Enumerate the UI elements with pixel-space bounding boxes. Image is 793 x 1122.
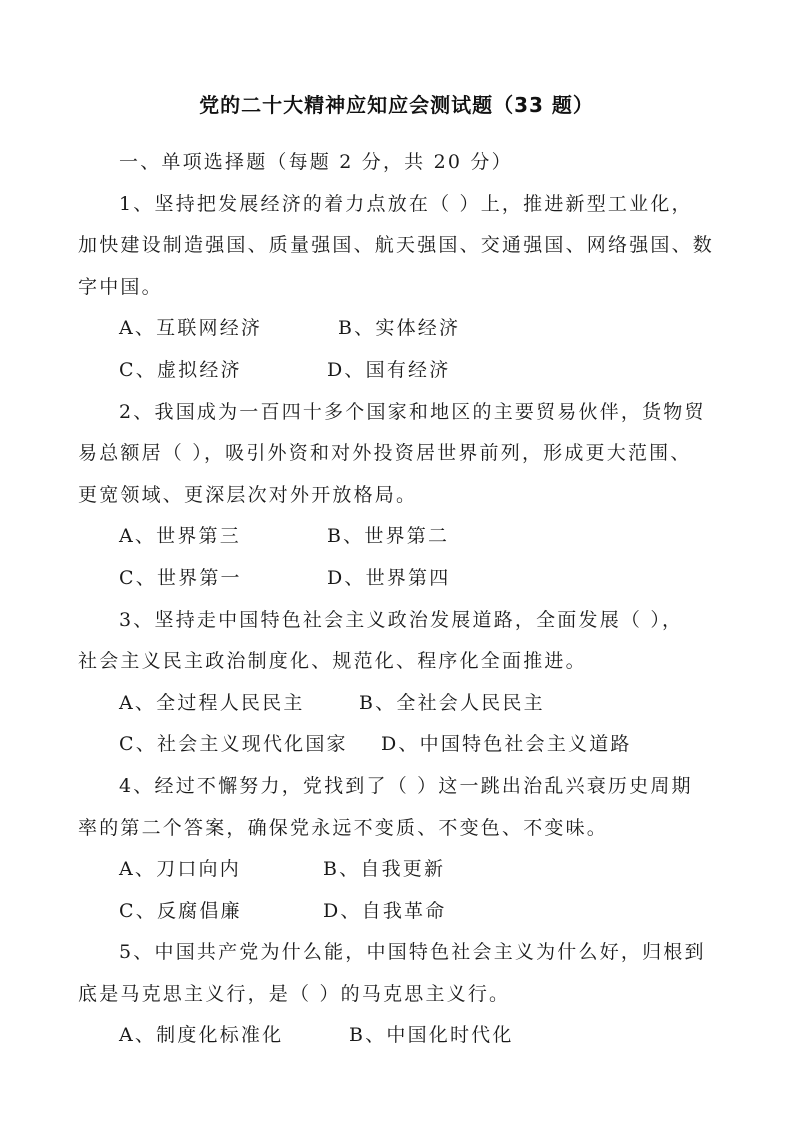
options-row: A、制度化标准化B、中国化时代化 bbox=[78, 1015, 718, 1057]
option-b: B、实体经济 bbox=[338, 308, 460, 350]
options-row: A、全过程人民民主B、全社会人民民主 bbox=[78, 683, 718, 725]
option-b: B、自我更新 bbox=[323, 849, 445, 891]
options-row: A、互联网经济B、实体经济 bbox=[78, 308, 718, 350]
question-text-line: 社会主义民主政治制度化、规范化、程序化全面推进。 bbox=[78, 641, 718, 683]
question-text-line: 4、经过不懈努力，党找到了（ ）这一跳出治乱兴衰历史周期 bbox=[78, 766, 718, 808]
option-d: D、国有经济 bbox=[327, 350, 450, 392]
question-text-line: 3、坚持走中国特色社会主义政治发展道路，全面发展（ ）， bbox=[78, 600, 718, 642]
question-text-line: 更宽领域、更深层次对外开放格局。 bbox=[78, 475, 718, 517]
option-c: C、世界第一 bbox=[119, 558, 327, 600]
option-d: D、世界第四 bbox=[327, 558, 450, 600]
options-row: C、虚拟经济D、国有经济 bbox=[78, 350, 718, 392]
options-row: C、反腐倡廉D、自我革命 bbox=[78, 891, 718, 933]
option-c: C、虚拟经济 bbox=[119, 350, 327, 392]
question-2: 2、我国成为一百四十多个国家和地区的主要贸易伙伴，货物贸 易总额居（ ），吸引外… bbox=[78, 392, 718, 600]
question-5: 5、中国共产党为什么能，中国特色社会主义为什么好，归根到 底是马克思主义行，是（… bbox=[78, 932, 718, 1057]
option-d: D、自我革命 bbox=[323, 891, 446, 933]
options-row: C、社会主义现代化国家D、中国特色社会主义道路 bbox=[78, 724, 718, 766]
document-page: 党的二十大精神应知应会测试题（33 题） 一、单项选择题（每题 2 分，共 20… bbox=[0, 0, 793, 1122]
options-row: A、世界第三B、世界第二 bbox=[78, 516, 718, 558]
question-text-line: 2、我国成为一百四十多个国家和地区的主要贸易伙伴，货物贸 bbox=[78, 392, 718, 434]
question-text-line: 易总额居（ ），吸引外资和对外投资居世界前列，形成更大范围、 bbox=[78, 433, 718, 475]
document-body: 一、单项选择题（每题 2 分，共 20 分） 1、坚持把发展经济的着力点放在（ … bbox=[78, 142, 718, 1057]
option-d: D、中国特色社会主义道路 bbox=[381, 724, 632, 766]
question-3: 3、坚持走中国特色社会主义政治发展道路，全面发展（ ）， 社会主义民主政治制度化… bbox=[78, 600, 718, 766]
options-row: A、刀口向内B、自我更新 bbox=[78, 849, 718, 891]
document-title: 党的二十大精神应知应会测试题（33 题） bbox=[0, 90, 793, 120]
option-a: A、刀口向内 bbox=[119, 849, 323, 891]
section-heading: 一、单项选择题（每题 2 分，共 20 分） bbox=[78, 142, 718, 184]
question-1: 1、坚持把发展经济的着力点放在（ ）上，推进新型工业化， 加快建设制造强国、质量… bbox=[78, 184, 718, 392]
option-c: C、反腐倡廉 bbox=[119, 891, 323, 933]
option-a: A、全过程人民民主 bbox=[119, 683, 359, 725]
option-a: A、世界第三 bbox=[119, 516, 327, 558]
question-text-line: 率的第二个答案，确保党永远不变质、不变色、不变味。 bbox=[78, 808, 718, 850]
question-text-line: 1、坚持把发展经济的着力点放在（ ）上，推进新型工业化， bbox=[78, 184, 718, 226]
question-text-line: 5、中国共产党为什么能，中国特色社会主义为什么好，归根到 bbox=[78, 932, 718, 974]
option-c: C、社会主义现代化国家 bbox=[119, 724, 381, 766]
option-a: A、互联网经济 bbox=[119, 308, 338, 350]
question-4: 4、经过不懈努力，党找到了（ ）这一跳出治乱兴衰历史周期 率的第二个答案，确保党… bbox=[78, 766, 718, 932]
options-row: C、世界第一D、世界第四 bbox=[78, 558, 718, 600]
option-a: A、制度化标准化 bbox=[119, 1015, 349, 1057]
option-b: B、中国化时代化 bbox=[349, 1015, 514, 1057]
question-text-line: 底是马克思主义行，是（ ）的马克思主义行。 bbox=[78, 974, 718, 1016]
option-b: B、全社会人民民主 bbox=[359, 683, 545, 725]
question-text-line: 加快建设制造强国、质量强国、航天强国、交通强国、网络强国、数 bbox=[78, 225, 718, 267]
question-text-line: 字中国。 bbox=[78, 267, 718, 309]
option-b: B、世界第二 bbox=[327, 516, 449, 558]
